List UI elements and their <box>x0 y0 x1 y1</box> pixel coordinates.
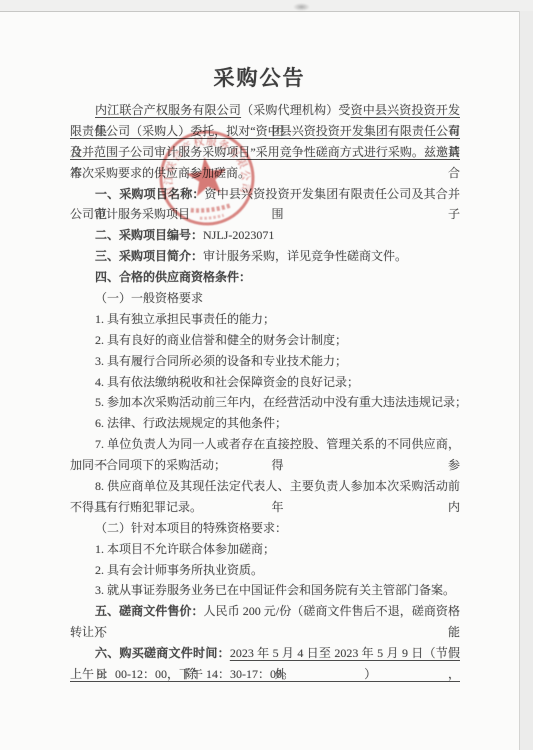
text-run: 转让）。 <box>70 625 112 639</box>
text-run: 5. 参加本次采购活动前三年内，在经营活动中没有重大违法违规记录； <box>95 395 467 409</box>
photo-right-edge <box>519 11 533 750</box>
text-run: 2. 具有会计师事务所执业资质。 <box>95 563 263 577</box>
text-line: 5. 参加本次采购活动前三年内，在经营活动中没有重大违法违规记录； <box>70 392 460 413</box>
text-line: 7. 单位负责人为同一人或者存在直接控股、管理关系的不同供应商，不得参 <box>70 434 460 455</box>
text-run: 1. 具有独立承担民事责任的能力； <box>95 312 275 326</box>
text-run: 内江联合产权服务有限公司 <box>95 103 241 117</box>
text-line: 限责任公司（采购人）委托，拟对“资中县兴资投资开发集团有限责任公司及其 <box>70 121 460 142</box>
text-line: （二）针对本项目的特殊资格要求： <box>70 518 460 539</box>
text-run: 五、磋商文件售价： <box>95 604 204 618</box>
text-run: 一、采购项目名称： <box>95 187 205 201</box>
text-run: 上午 9：00-12：00，下午 14：30-17：00。 <box>70 667 294 681</box>
text-run: 六、购买磋商文件时间： <box>95 646 230 660</box>
text-run: （二）针对本项目的特殊资格要求： <box>95 521 287 535</box>
text-run: 不得具有行贿犯罪记录。 <box>70 500 202 514</box>
scan-smudge <box>293 3 310 11</box>
text-line: 四、合格的供应商资格条件： <box>70 267 460 288</box>
text-line: 3. 就从事证券服务业务已在中国证件会和国务院有关主管部门备案。 <box>70 580 460 601</box>
text-line: 二、采购项目编号：NJLJ-2023071 <box>70 225 460 246</box>
text-run: 4. 具有依法缴纳税收和社会保障资金的良好记录； <box>95 375 359 389</box>
photo-top-edge <box>0 0 533 12</box>
text-line: 3. 具有履行合同所必须的设备和专业技术能力； <box>70 351 460 372</box>
text-run: 加同一合同项下的采购活动； <box>70 458 226 472</box>
text-run: 限责任公司 <box>70 124 130 138</box>
text-run: 三、采购项目简介： <box>95 249 203 263</box>
text-line: 三、采购项目简介：审计服务采购，详见竞争性磋商文件。 <box>70 246 460 267</box>
text-line: 2. 具有会计师事务所执业资质。 <box>70 560 460 581</box>
text-run: （一）一般资格要求 <box>95 291 203 305</box>
text-run: 3. 就从事证券服务业务已在中国证件会和国务院有关主管部门备案。 <box>95 583 455 597</box>
text-line: 1. 具有独立承担民事责任的能力； <box>70 309 460 330</box>
text-run: 公司审计服务采购项目 <box>70 207 190 221</box>
text-run: （采购人）委托，拟对“ <box>130 124 256 138</box>
text-run: 本次采购要求的供应商参加磋商。 <box>70 166 250 180</box>
text-line: 六、购买磋商文件时间：2023 年 5 月 4 日至 2023 年 5 月 9 … <box>70 643 460 664</box>
text-run: NJLJ-2023071 <box>203 228 274 242</box>
text-line: 合并范围子公司审计服务采购项目”采用竞争性磋商方式进行采购。兹邀请符合 <box>70 142 460 163</box>
text-run: 合并范围子公司审计服务采购项目 <box>70 145 250 159</box>
text-run: 二、采购项目编号： <box>95 228 203 242</box>
text-line: 1. 本项目不允许联合体参加磋商； <box>70 539 460 560</box>
text-line: 一、采购项目名称：资中县兴资投资开发集团有限责任公司及其合并范围子 <box>70 184 460 205</box>
text-run: 审计服务采购，详见竞争性磋商文件。 <box>203 249 407 263</box>
text-run: 四、合格的供应商资格条件： <box>95 270 251 284</box>
text-line: 6. 法律、行政法规规定的其他条件； <box>70 413 460 434</box>
page-title: 采购公告 <box>0 62 519 92</box>
text-line: 2. 具有良好的商业信誉和健全的财务会计制度； <box>70 330 460 351</box>
text-run: 2. 具有良好的商业信誉和健全的财务会计制度； <box>95 333 347 347</box>
text-run: 1. 本项目不允许联合体参加磋商； <box>95 542 275 556</box>
text-line: 内江联合产权服务有限公司（采购代理机构）受资中县兴资投资开发集团有 <box>70 100 460 121</box>
text-run: 6. 法律、行政法规规定的其他条件； <box>95 416 287 430</box>
text-run: （采购代理机构）受 <box>241 103 351 117</box>
document-page: 采购公告 内江联合产权服务有限公司（采购代理机构）受资中县兴资投资开发集团有限责… <box>0 12 519 750</box>
text-run: 3. 具有履行合同所必须的设备和专业技术能力； <box>95 354 347 368</box>
text-line: 8. 供应商单位及其现任法定代表人、主要负责人参加本次采购活动前三年内 <box>70 476 460 497</box>
text-line: 五、磋商文件售价：人民币 200 元/份（磋商文件售后不退，磋商资格不能 <box>70 601 460 622</box>
text-line: 4. 具有依法缴纳税收和社会保障资金的良好记录； <box>70 372 460 393</box>
document-body: 内江联合产权服务有限公司（采购代理机构）受资中县兴资投资开发集团有限责任公司（采… <box>70 100 460 685</box>
scanned-document-photo: { "colors": { "paper": "#fbfbfa", "photo… <box>0 0 533 750</box>
text-line: （一）一般资格要求 <box>70 288 460 309</box>
